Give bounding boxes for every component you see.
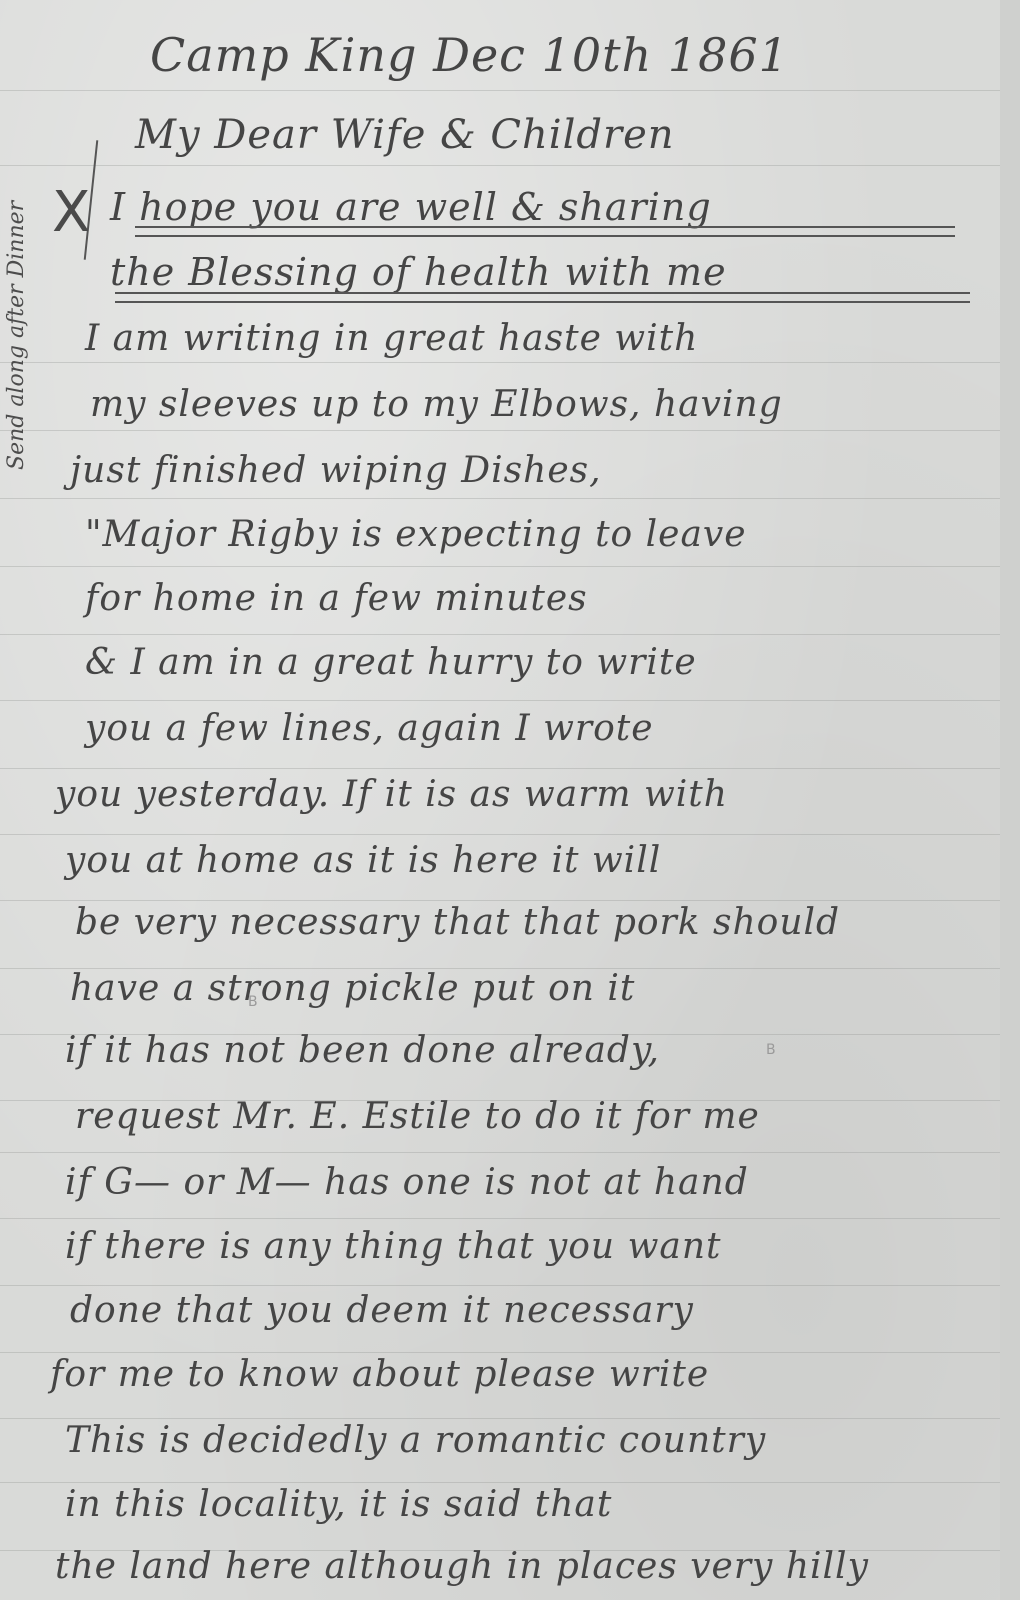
ruled-line (0, 634, 1000, 635)
body-line: I am writing in great haste with (85, 318, 698, 359)
margin-x-mark: X (52, 180, 90, 245)
ruled-line (0, 768, 1000, 769)
body-line: in this locality, it is said that (65, 1484, 612, 1525)
body-line: you a few lines, again I wrote (85, 708, 654, 749)
body-line: be very necessary that that pork should (75, 902, 840, 943)
underlined-line: I hope you are well & sharing (110, 185, 712, 229)
body-line: my sleeves up to my Elbows, having (90, 384, 783, 425)
ruled-line (0, 1352, 1000, 1353)
letter-salutation: My Dear Wife & Children (135, 112, 675, 158)
body-line: done that you deem it necessary (70, 1290, 694, 1331)
ruled-line (0, 1285, 1000, 1286)
body-line: you yesterday. If it is as warm with (55, 774, 728, 815)
letter-page: Send along after Dinner X Camp King Dec … (0, 0, 1000, 1600)
ruled-line (0, 834, 1000, 835)
double-underline (115, 292, 970, 303)
ruled-line (0, 498, 1000, 499)
body-line: request Mr. E. Estile to do it for me (75, 1096, 760, 1137)
body-line: if G— or M— has one is not at hand (65, 1162, 749, 1203)
body-line: the land here although in places very hi… (55, 1546, 869, 1587)
body-line: "Major Rigby is expecting to leave (85, 514, 747, 555)
faint-stamp: B (766, 1042, 776, 1058)
body-line: if there is any thing that you want (65, 1226, 722, 1267)
margin-note: Send along after Dinner (4, 201, 29, 470)
ruled-line (0, 700, 1000, 701)
ruled-line (0, 900, 1000, 901)
underlined-line: the Blessing of health with me (110, 250, 727, 294)
ruled-line (0, 1218, 1000, 1219)
body-line: have a strong pickle put on it (70, 968, 635, 1009)
ruled-line (0, 165, 1000, 166)
ruled-line (0, 90, 1000, 91)
ruled-line (0, 1418, 1000, 1419)
body-line: & I am in a great hurry to write (85, 642, 697, 683)
ruled-line (0, 1482, 1000, 1483)
body-line: for me to know about please write (50, 1354, 709, 1395)
ruled-line (0, 430, 1000, 431)
ruled-line (0, 1152, 1000, 1153)
letter-heading: Camp King Dec 10th 1861 (150, 28, 789, 82)
double-underline (135, 226, 955, 237)
scan-edge (1000, 0, 1020, 1600)
ruled-line (0, 362, 1000, 363)
ruled-line (0, 566, 1000, 567)
body-line: if it has not been done already, (65, 1030, 660, 1071)
body-line: you at home as it is here it will (65, 840, 661, 881)
body-line: for home in a few minutes (85, 578, 588, 619)
body-line: just finished wiping Dishes, (70, 450, 602, 491)
faint-stamp: B (248, 994, 258, 1010)
body-line: This is decidedly a romantic country (65, 1420, 766, 1461)
